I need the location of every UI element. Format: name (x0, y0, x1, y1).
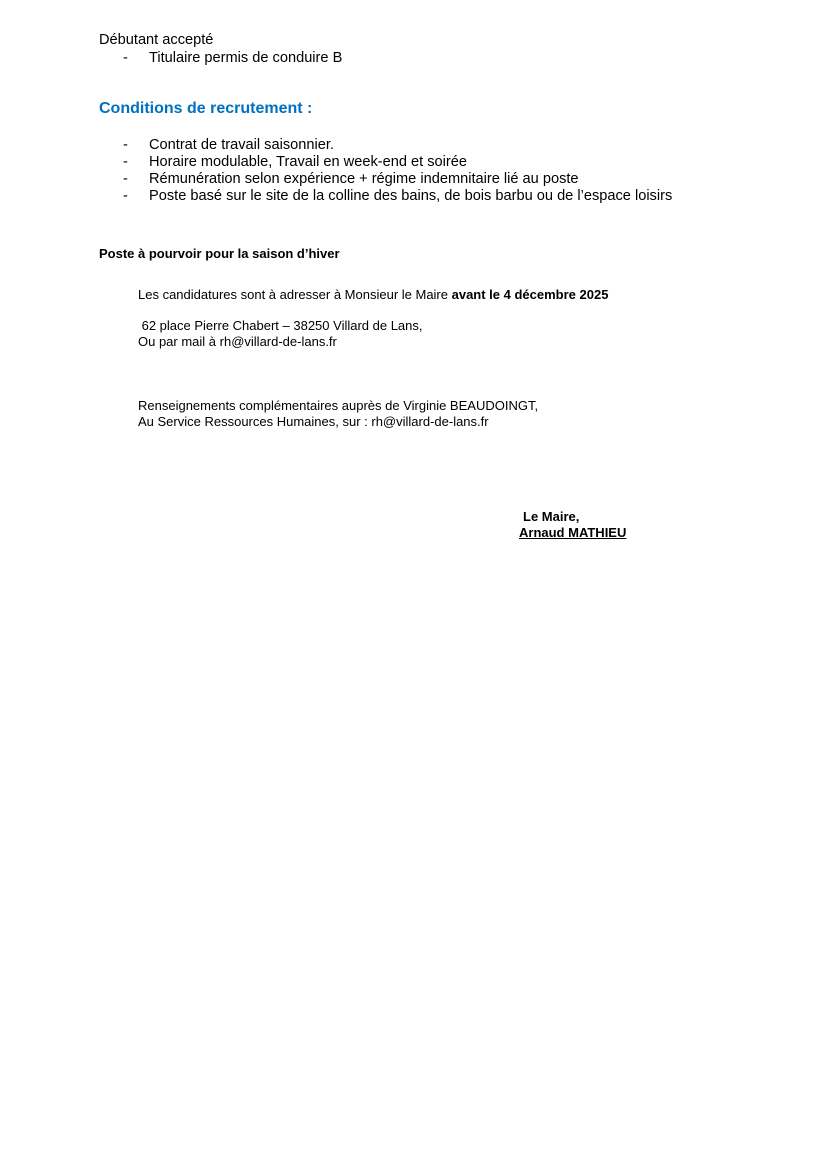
bullet-text: Contrat de travail saisonnier. (149, 137, 334, 153)
mail-line: Ou par mail à rh@villard-de-lans.fr (138, 334, 337, 349)
bullet-marker: - (123, 188, 128, 204)
application-text: Les candidatures sont à adresser à Monsi… (138, 287, 452, 302)
bullet-marker: - (123, 171, 128, 187)
signature-title: Le Maire, (523, 509, 579, 524)
address-line: 62 place Pierre Chabert – 38250 Villard … (138, 318, 423, 333)
application-line: Les candidatures sont à adresser à Monsi… (138, 287, 608, 302)
conditions-heading: Conditions de recrutement : (99, 100, 312, 118)
info-line-1: Renseignements complémentaires auprès de… (138, 398, 538, 413)
season-notice: Poste à pourvoir pour la saison d’hiver (99, 246, 340, 261)
info-line-2: Au Service Ressources Humaines, sur : rh… (138, 414, 489, 429)
bullet-marker: - (123, 50, 128, 66)
application-deadline: avant le 4 décembre 2025 (452, 287, 609, 302)
bullet-text: Horaire modulable, Travail en week-end e… (149, 154, 467, 170)
bullet-marker: - (123, 154, 128, 170)
bullet-text: Poste basé sur le site de la colline des… (149, 188, 672, 204)
bullet-marker: - (123, 137, 128, 153)
bullet-text: Titulaire permis de conduire B (149, 50, 342, 66)
bullet-text: Rémunération selon expérience + régime i… (149, 171, 579, 187)
signature-name: Arnaud MATHIEU (519, 525, 626, 540)
intro-line: Débutant accepté (99, 32, 213, 48)
